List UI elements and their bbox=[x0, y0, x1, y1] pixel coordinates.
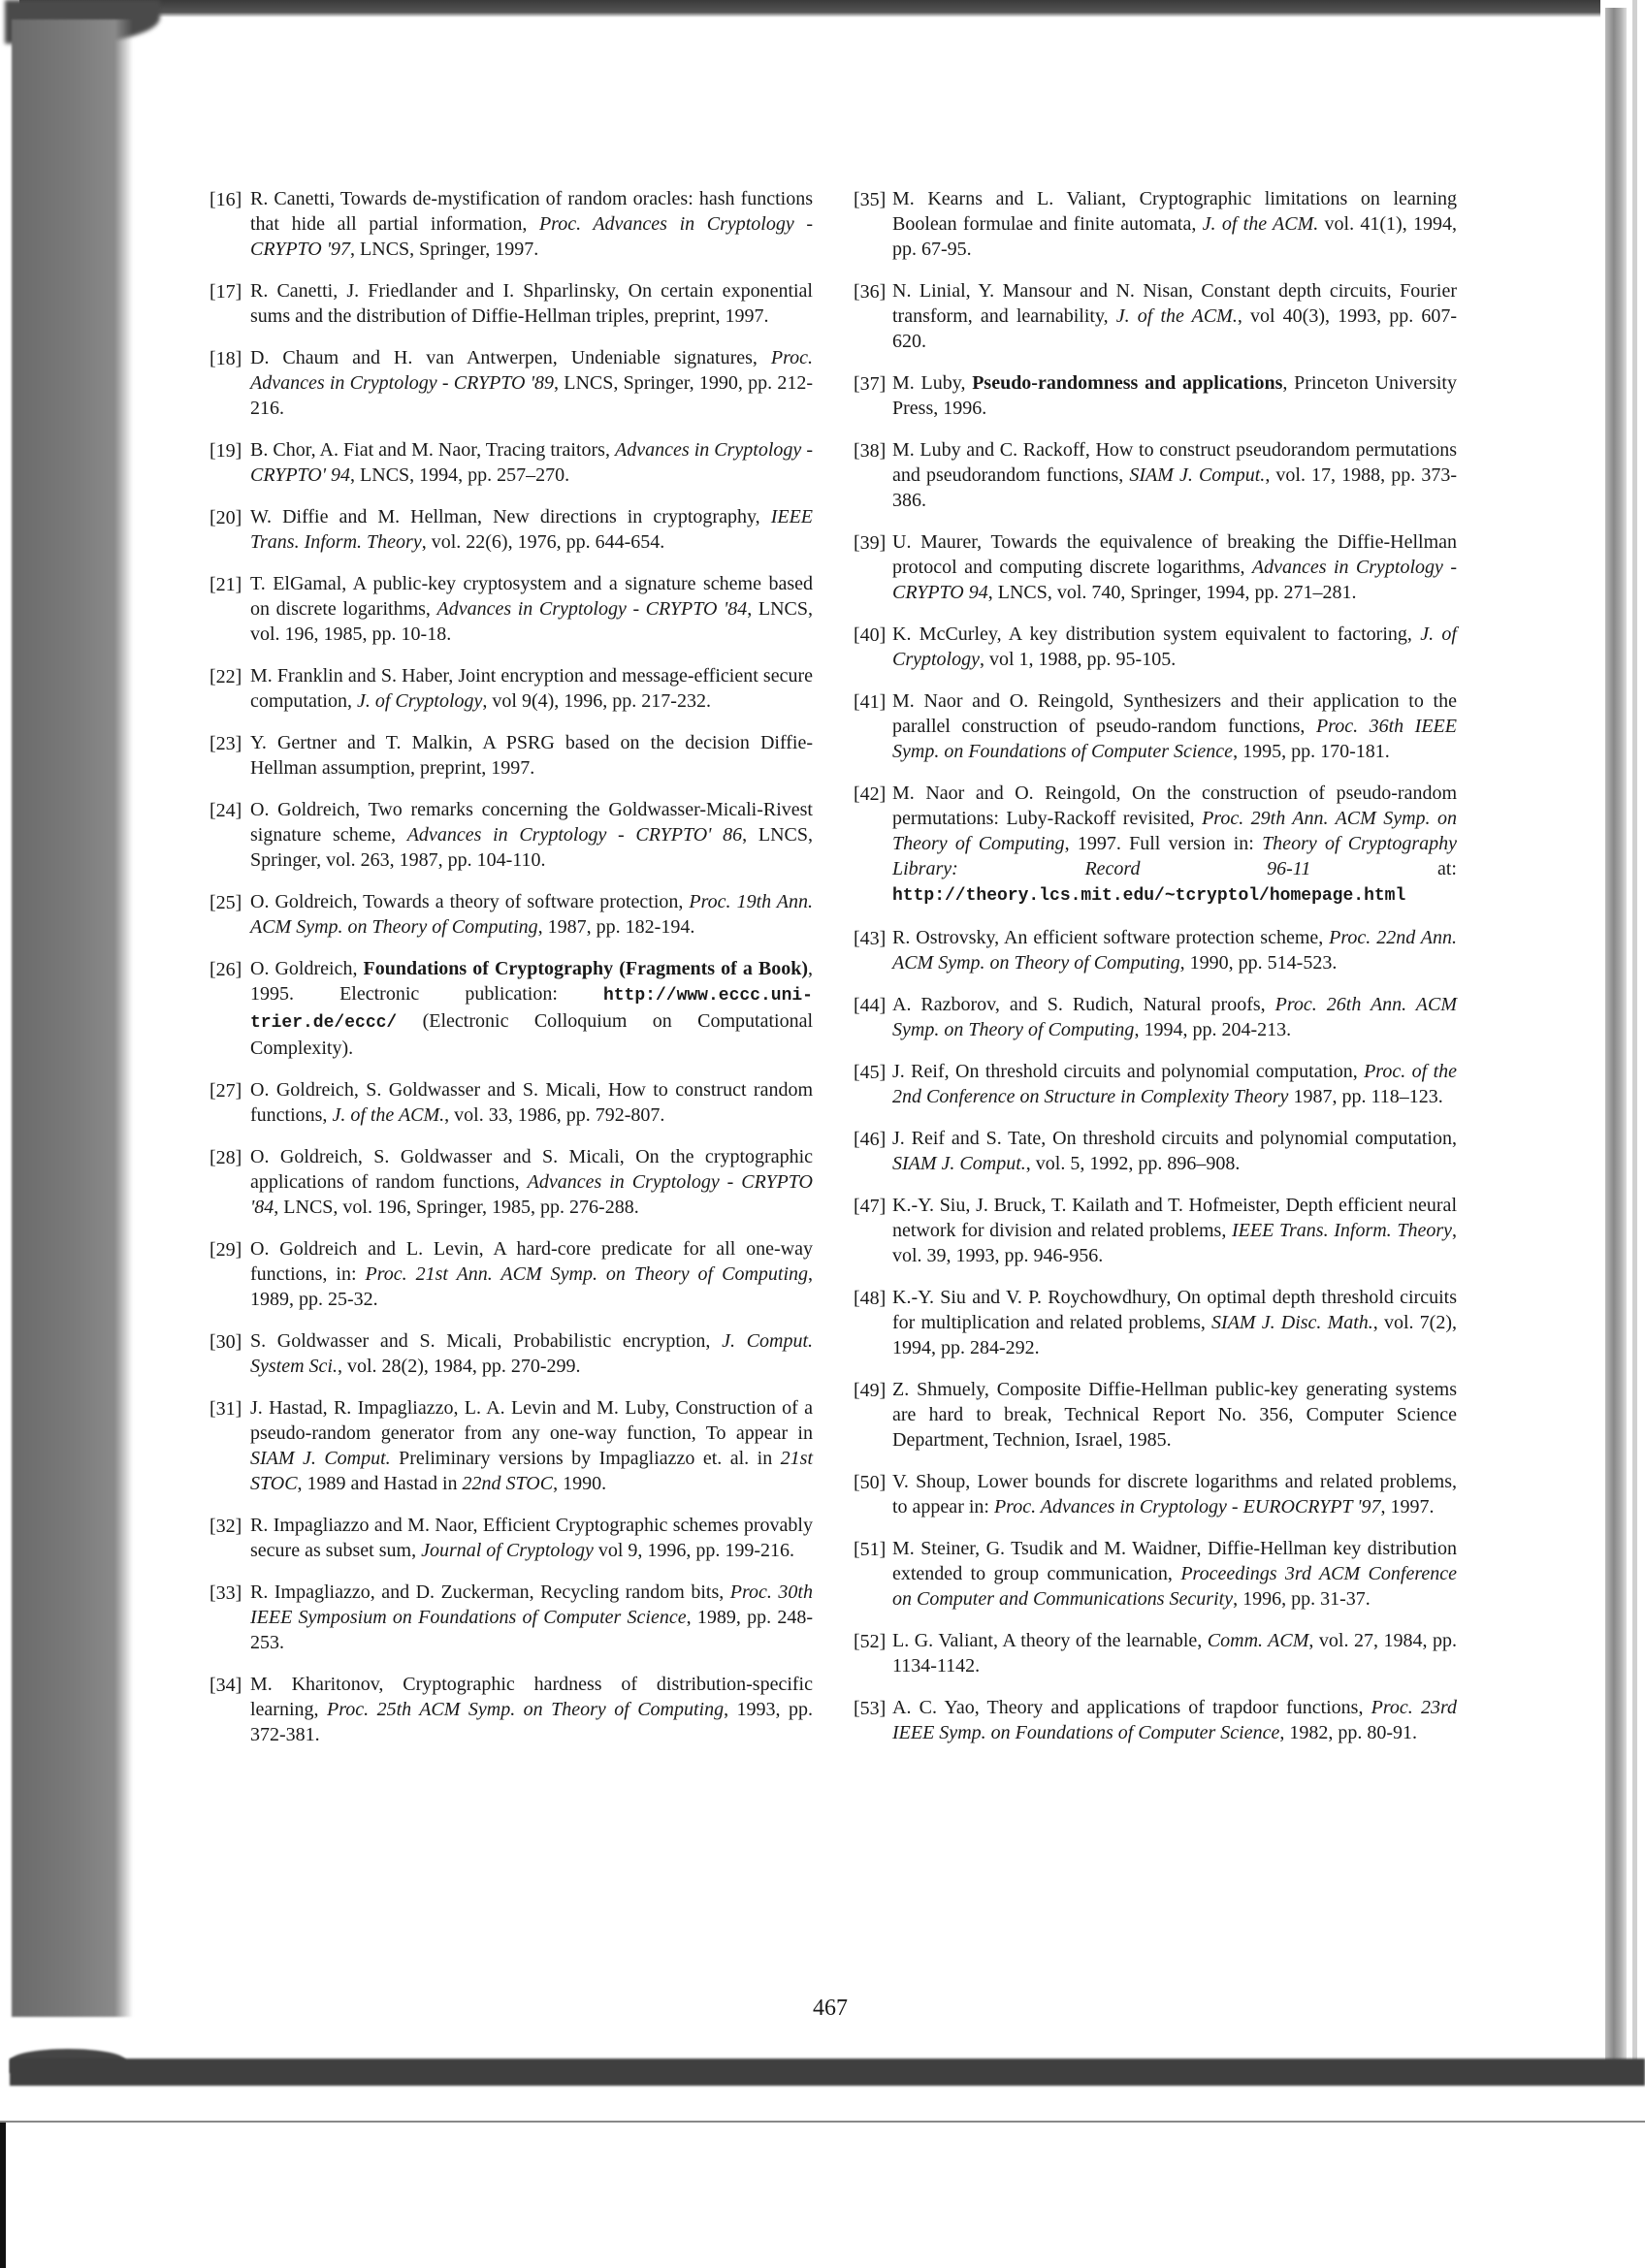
reference-entry: [41]M. Naor and O. Reingold, Synthesizer… bbox=[854, 688, 1457, 764]
scan-shadow-right bbox=[1605, 8, 1627, 2063]
reference-number: [42] bbox=[854, 782, 886, 807]
reference-number: [48] bbox=[854, 1286, 886, 1311]
scan-shadow-top bbox=[19, 0, 1600, 17]
reference-text: R. Canetti, J. Friedlander and I. Shparl… bbox=[250, 278, 813, 329]
reference-entry: [18]D. Chaum and H. van Antwerpen, Unden… bbox=[211, 345, 813, 421]
reference-entry: [47]K.-Y. Siu, J. Bruck, T. Kailath and … bbox=[854, 1193, 1457, 1268]
reference-entry: [37]M. Luby, Pseudo-randomness and appli… bbox=[854, 370, 1457, 421]
reference-number: [36] bbox=[854, 279, 886, 304]
reference-entry: [20]W. Diffie and M. Hellman, New direct… bbox=[211, 504, 813, 555]
reference-number: [35] bbox=[854, 187, 886, 212]
reference-text: M. Naor and O. Reingold, Synthesizers an… bbox=[892, 688, 1457, 764]
scan-edge-right bbox=[1632, 0, 1637, 2075]
reference-entry: [32]R. Impagliazzo and M. Naor, Efficien… bbox=[211, 1513, 813, 1563]
reference-entry: [45]J. Reif, On threshold circuits and p… bbox=[854, 1059, 1457, 1109]
reference-text: O. Goldreich, S. Goldwasser and S. Mical… bbox=[250, 1077, 813, 1128]
reference-entry: [51]M. Steiner, G. Tsudik and M. Waidner… bbox=[854, 1536, 1457, 1612]
reference-text: K. McCurley, A key distribution system e… bbox=[892, 622, 1457, 672]
reference-number: [26] bbox=[210, 957, 242, 982]
reference-text: O. Goldreich, Foundations of Cryptograph… bbox=[250, 956, 813, 1061]
reference-number: [31] bbox=[210, 1396, 242, 1421]
reference-text: M. Kearns and L. Valiant, Cryptographic … bbox=[892, 186, 1457, 262]
reference-number: [33] bbox=[210, 1581, 242, 1606]
reference-text: M. Luby and C. Rackoff, How to construct… bbox=[892, 437, 1457, 513]
reference-number: [34] bbox=[210, 1673, 242, 1698]
reference-entry: [17]R. Canetti, J. Friedlander and I. Sh… bbox=[211, 278, 813, 329]
reference-entry: [42]M. Naor and O. Reingold, On the cons… bbox=[854, 781, 1457, 909]
reference-entry: [19]B. Chor, A. Fiat and M. Naor, Tracin… bbox=[211, 437, 813, 488]
reference-number: [47] bbox=[854, 1194, 886, 1219]
reference-number: [53] bbox=[854, 1696, 886, 1721]
reference-text: D. Chaum and H. van Antwerpen, Undeniabl… bbox=[250, 345, 813, 421]
reference-text: Z. Shmuely, Composite Diffie-Hellman pub… bbox=[892, 1377, 1457, 1453]
reference-text: O. Goldreich, Towards a theory of softwa… bbox=[250, 889, 813, 940]
reference-entry: [44]A. Razborov, and S. Rudich, Natural … bbox=[854, 992, 1457, 1042]
reference-number: [25] bbox=[210, 890, 242, 915]
reference-number: [41] bbox=[854, 689, 886, 715]
reference-text: R. Canetti, Towards de-mystification of … bbox=[250, 186, 813, 262]
scanner-bed-left-edge bbox=[0, 2123, 6, 2268]
reference-entry: [24]O. Goldreich, Two remarks concerning… bbox=[211, 797, 813, 873]
reference-number: [45] bbox=[854, 1060, 886, 1085]
reference-text: R. Ostrovsky, An efficient software prot… bbox=[892, 925, 1457, 975]
references-left-column: [16]R. Canetti, Towards de-mystification… bbox=[211, 186, 813, 1764]
reference-text: S. Goldwasser and S. Micali, Probabilist… bbox=[250, 1328, 813, 1379]
reference-entry: [27]O. Goldreich, S. Goldwasser and S. M… bbox=[211, 1077, 813, 1128]
reference-entry: [39]U. Maurer, Towards the equivalence o… bbox=[854, 529, 1457, 605]
reference-entry: [46]J. Reif and S. Tate, On threshold ci… bbox=[854, 1126, 1457, 1176]
references-right-column: [35]M. Kearns and L. Valiant, Cryptograp… bbox=[854, 186, 1457, 1762]
reference-entry: [21]T. ElGamal, A public-key cryptosyste… bbox=[211, 571, 813, 647]
reference-text: L. G. Valiant, A theory of the learnable… bbox=[892, 1628, 1457, 1678]
reference-entry: [40]K. McCurley, A key distribution syst… bbox=[854, 622, 1457, 672]
reference-number: [44] bbox=[854, 993, 886, 1018]
reference-number: [51] bbox=[854, 1537, 886, 1562]
reference-entry: [50]V. Shoup, Lower bounds for discrete … bbox=[854, 1469, 1457, 1519]
reference-entry: [22]M. Franklin and S. Haber, Joint encr… bbox=[211, 663, 813, 714]
reference-entry: [23]Y. Gertner and T. Malkin, A PSRG bas… bbox=[211, 730, 813, 781]
scan-shadow-binding bbox=[12, 19, 133, 2017]
reference-number: [20] bbox=[210, 505, 242, 530]
reference-text: V. Shoup, Lower bounds for discrete loga… bbox=[892, 1469, 1457, 1519]
reference-number: [38] bbox=[854, 438, 886, 463]
reference-text: M. Naor and O. Reingold, On the construc… bbox=[892, 781, 1457, 909]
reference-entry: [31]J. Hastad, R. Impagliazzo, L. A. Lev… bbox=[211, 1395, 813, 1496]
reference-text: A. Razborov, and S. Rudich, Natural proo… bbox=[892, 992, 1457, 1042]
scanner-bed-edge bbox=[0, 2121, 1645, 2123]
reference-number: [19] bbox=[210, 438, 242, 463]
reference-entry: [53]A. C. Yao, Theory and applications o… bbox=[854, 1695, 1457, 1745]
reference-entry: [34]M. Kharitonov, Cryptographic hardnes… bbox=[211, 1672, 813, 1747]
reference-number: [39] bbox=[854, 530, 886, 556]
reference-text: K.-Y. Siu and V. P. Roychowdhury, On opt… bbox=[892, 1285, 1457, 1360]
reference-text: U. Maurer, Towards the equivalence of br… bbox=[892, 529, 1457, 605]
reference-text: M. Franklin and S. Haber, Joint encrypti… bbox=[250, 663, 813, 714]
reference-entry: [16]R. Canetti, Towards de-mystification… bbox=[211, 186, 813, 262]
reference-entry: [36]N. Linial, Y. Mansour and N. Nisan, … bbox=[854, 278, 1457, 354]
reference-entry: [26]O. Goldreich, Foundations of Cryptog… bbox=[211, 956, 813, 1061]
reference-number: [24] bbox=[210, 798, 242, 823]
reference-text: T. ElGamal, A public-key cryptosystem an… bbox=[250, 571, 813, 647]
reference-number: [37] bbox=[854, 371, 886, 397]
reference-text: Y. Gertner and T. Malkin, A PSRG based o… bbox=[250, 730, 813, 781]
reference-number: [27] bbox=[210, 1078, 242, 1103]
reference-number: [16] bbox=[210, 187, 242, 212]
reference-number: [23] bbox=[210, 731, 242, 756]
reference-entry: [49]Z. Shmuely, Composite Diffie-Hellman… bbox=[854, 1377, 1457, 1453]
reference-entry: [33]R. Impagliazzo, and D. Zuckerman, Re… bbox=[211, 1580, 813, 1655]
reference-number: [50] bbox=[854, 1470, 886, 1495]
reference-text: R. Impagliazzo and M. Naor, Efficient Cr… bbox=[250, 1513, 813, 1563]
reference-entry: [30]S. Goldwasser and S. Micali, Probabi… bbox=[211, 1328, 813, 1379]
reference-number: [32] bbox=[210, 1514, 242, 1539]
scan-shadow-bottom bbox=[10, 2059, 1645, 2086]
reference-number: [29] bbox=[210, 1237, 242, 1262]
reference-text: J. Reif, On threshold circuits and polyn… bbox=[892, 1059, 1457, 1109]
reference-text: J. Hastad, R. Impagliazzo, L. A. Levin a… bbox=[250, 1395, 813, 1496]
reference-entry: [25]O. Goldreich, Towards a theory of so… bbox=[211, 889, 813, 940]
reference-text: O. Goldreich and L. Levin, A hard-core p… bbox=[250, 1236, 813, 1312]
reference-number: [22] bbox=[210, 664, 242, 689]
reference-entry: [52]L. G. Valiant, A theory of the learn… bbox=[854, 1628, 1457, 1678]
reference-text: K.-Y. Siu, J. Bruck, T. Kailath and T. H… bbox=[892, 1193, 1457, 1268]
reference-number: [28] bbox=[210, 1145, 242, 1170]
reference-text: M. Kharitonov, Cryptographic hardness of… bbox=[250, 1672, 813, 1747]
reference-entry: [35]M. Kearns and L. Valiant, Cryptograp… bbox=[854, 186, 1457, 262]
reference-number: [21] bbox=[210, 572, 242, 597]
reference-number: [46] bbox=[854, 1127, 886, 1152]
reference-number: [52] bbox=[854, 1629, 886, 1654]
reference-entry: [43]R. Ostrovsky, An efficient software … bbox=[854, 925, 1457, 975]
reference-entry: [48]K.-Y. Siu and V. P. Roychowdhury, On… bbox=[854, 1285, 1457, 1360]
reference-number: [49] bbox=[854, 1378, 886, 1403]
reference-text: M. Luby, Pseudo-randomness and applicati… bbox=[892, 370, 1457, 421]
reference-text: O. Goldreich, S. Goldwasser and S. Mical… bbox=[250, 1144, 813, 1220]
reference-text: R. Impagliazzo, and D. Zuckerman, Recycl… bbox=[250, 1580, 813, 1655]
reference-text: M. Steiner, G. Tsudik and M. Waidner, Di… bbox=[892, 1536, 1457, 1612]
reference-entry: [28]O. Goldreich, S. Goldwasser and S. M… bbox=[211, 1144, 813, 1220]
reference-number: [43] bbox=[854, 926, 886, 951]
reference-number: [40] bbox=[854, 623, 886, 648]
reference-text: B. Chor, A. Fiat and M. Naor, Tracing tr… bbox=[250, 437, 813, 488]
reference-text: J. Reif and S. Tate, On threshold circui… bbox=[892, 1126, 1457, 1176]
reference-text: A. C. Yao, Theory and applications of tr… bbox=[892, 1695, 1457, 1745]
reference-number: [17] bbox=[210, 279, 242, 304]
reference-text: O. Goldreich, Two remarks concerning the… bbox=[250, 797, 813, 873]
reference-entry: [29]O. Goldreich and L. Levin, A hard-co… bbox=[211, 1236, 813, 1312]
page-number: 467 bbox=[813, 1996, 848, 2022]
reference-number: [30] bbox=[210, 1329, 242, 1355]
reference-entry: [38]M. Luby and C. Rackoff, How to const… bbox=[854, 437, 1457, 513]
reference-text: N. Linial, Y. Mansour and N. Nisan, Cons… bbox=[892, 278, 1457, 354]
reference-number: [18] bbox=[210, 346, 242, 371]
reference-text: W. Diffie and M. Hellman, New directions… bbox=[250, 504, 813, 555]
